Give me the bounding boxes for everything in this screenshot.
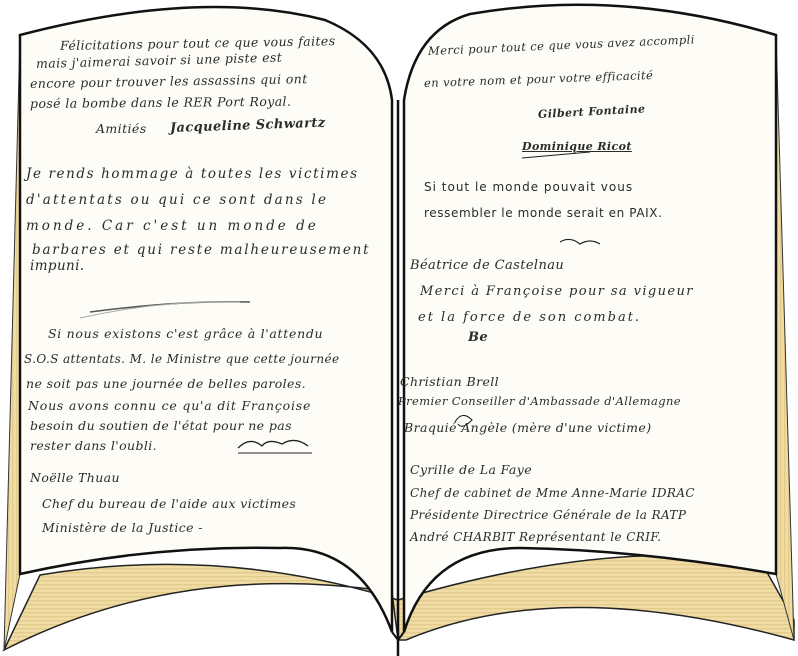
left-page-side-edge: [4, 35, 20, 650]
handwritten-line: et la force de son combat.: [418, 310, 641, 325]
handwritten-line: Je rends hommage à toutes les victimes: [26, 166, 359, 182]
handwritten-line: Si tout le monde pouvait vous: [424, 180, 633, 194]
handwritten-line: Nous avons connu ce qu'a dit Françoise: [28, 398, 311, 413]
handwritten-line: Si nous existons c'est grâce à l'attendu: [48, 326, 323, 341]
handwritten-line: Présidente Directrice Générale de la RAT…: [410, 508, 686, 522]
handwritten-line: S.O.S attentats. M. le Ministre que cett…: [24, 352, 339, 366]
handwritten-line: rester dans l'oubli.: [30, 438, 157, 453]
handwritten-line: ressembler le monde serait en PAIX.: [424, 206, 663, 220]
handwritten-line: impuni.: [30, 258, 85, 274]
signature: Dominique Ricot: [522, 140, 632, 153]
handwritten-line: barbares et qui reste malheureusement: [32, 242, 370, 258]
closing-text: Amitiés: [96, 121, 147, 136]
open-book: Félicitations pour tout ce que vous fait…: [0, 0, 798, 656]
handwritten-line: besoin du soutien de l'état pour ne pas: [30, 418, 292, 433]
handwritten-line: Noëlle Thuau: [30, 470, 120, 485]
handwritten-line: Merci à Françoise pour sa vigueur: [420, 284, 694, 299]
handwritten-line: Chef du bureau de l'aide aux victimes: [42, 496, 296, 511]
handwritten-line: Cyrille de La Faye: [410, 462, 532, 477]
handwritten-line: Chef de cabinet de Mme Anne-Marie IDRAC: [410, 486, 695, 500]
handwritten-line: Christian Brell: [400, 374, 499, 389]
right-page-side-edge: [776, 35, 794, 640]
handwritten-line: posé la bombe dans le RER Port Royal.: [30, 94, 291, 111]
handwritten-line: Ministère de la Justice -: [42, 520, 203, 535]
handwritten-line: ne soit pas une journée de belles parole…: [26, 376, 306, 391]
signature: Be: [468, 330, 488, 345]
handwritten-line: André CHARBIT Représentant le CRIF.: [410, 530, 661, 544]
handwritten-line: d'attentats ou qui ce sont dans le: [26, 192, 328, 208]
handwritten-line: Braquié Angèle (mère d'une victime): [404, 420, 651, 435]
handwritten-line: Premier Conseiller d'Ambassade d'Allemag…: [398, 394, 681, 408]
signer-name: Béatrice de Castelnau: [410, 258, 564, 273]
handwritten-line: monde. Car c'est un monde de: [26, 218, 319, 234]
